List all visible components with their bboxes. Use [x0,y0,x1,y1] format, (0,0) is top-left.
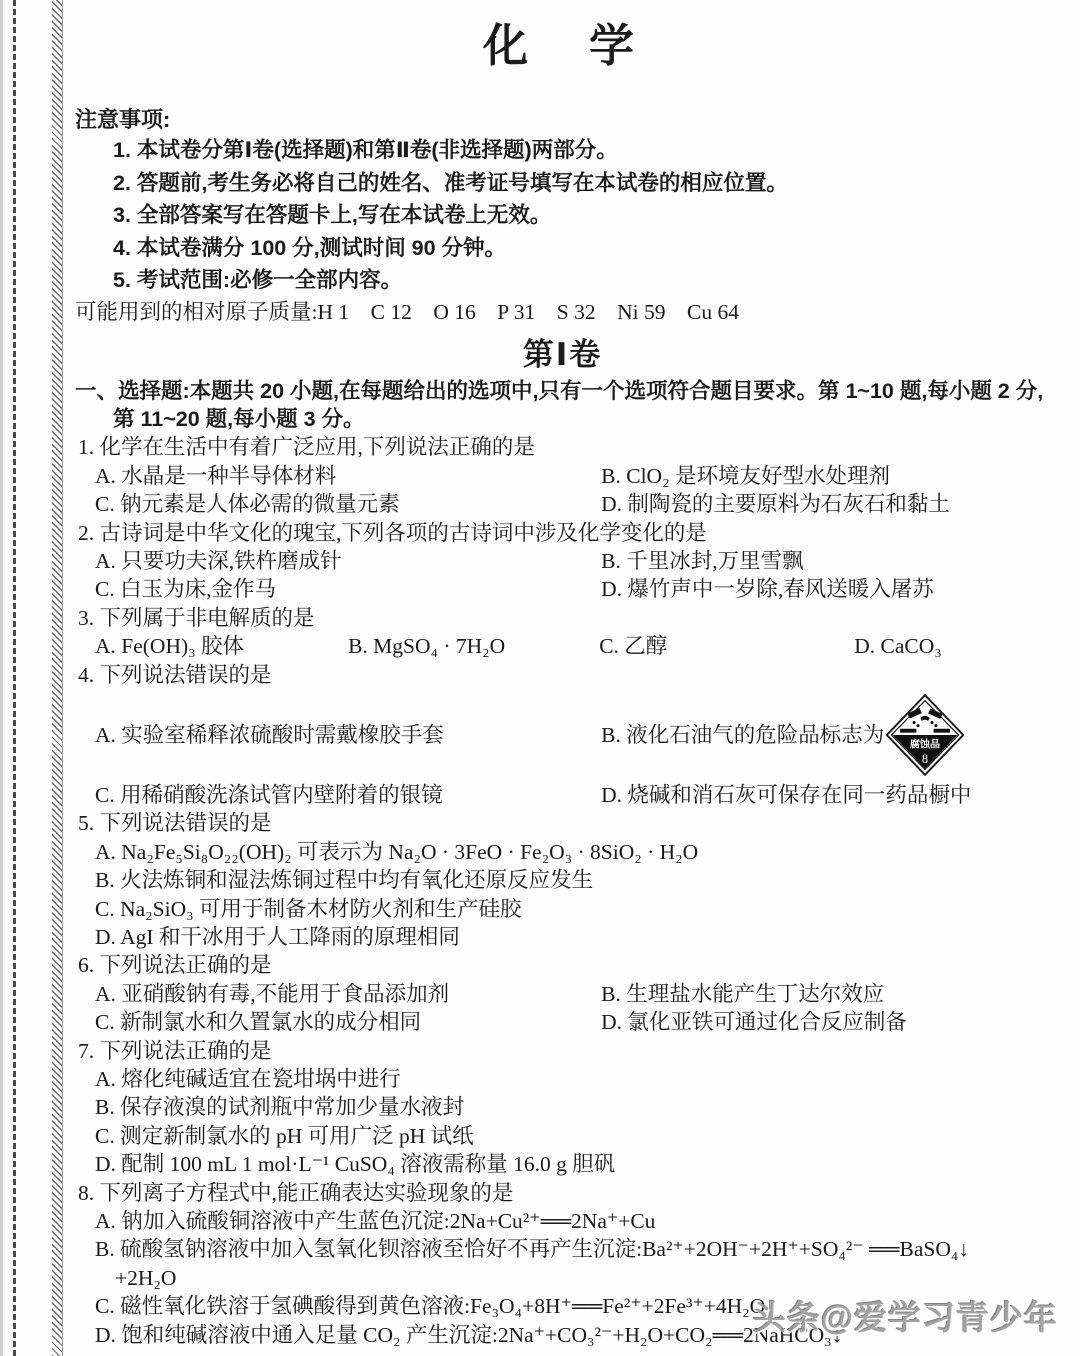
question-1-option-c: C. 钠元素是人体必需的微量元素 [95,490,601,518]
watermark: 头条@爱学习青少年 [753,1292,1058,1339]
exam-paper-page: 化 学 注意事项: 1. 本试卷分第Ⅰ卷(选择题)和第Ⅱ卷(非选择题)两部分。 … [0,0,1080,1356]
question-4-option-d: D. 烧碱和消石灰可保存在同一药品橱中 [601,781,1050,809]
question-7-option-c: C. 测定新制氯水的 pH 可用广泛 pH 试纸 [75,1122,1050,1150]
question-5-option-c: C. Na₂SiO₃ 可用于制备木材防火剂和生产硅胶 [75,895,1050,923]
question-8-stem: 8. 下列离子方程式中,能正确表达实验现象的是 [75,1179,1050,1207]
question-2-options-row-2: C. 白玉为床,金作马 D. 爆竹声中一岁除,春风送暖入屠苏 [75,575,1050,603]
question-6-options-row-1: A. 亚硝酸钠有毒,不能用于食品添加剂 B. 生理盐水能产生丁达尔效应 [75,980,1050,1008]
question-6-option-b: B. 生理盐水能产生丁达尔效应 [601,980,1050,1008]
question-2-option-b: B. 千里冰封,万里雪飘 [601,547,1050,575]
paper-content: 化 学 注意事项: 1. 本试卷分第Ⅰ卷(选择题)和第Ⅱ卷(非选择题)两部分。 … [75,0,1050,1349]
question-8-option-a: A. 钠加入硫酸铜溶液中产生蓝色沉淀:2Na+Cu²⁺══2Na⁺+Cu [75,1207,1050,1235]
atomic-mass-line: 可能用到的相对原子质量:H 1 C 12 O 16 P 31 S 32 Ni 5… [75,297,1050,327]
question-4-options-row-1: A. 实验室稀释浓硫酸时需戴橡胶手套 B. 液化石油气的危险品标志为 [75,689,1050,781]
notice-heading: 注意事项: [75,106,1050,134]
question-6-option-a: A. 亚硝酸钠有毒,不能用于食品添加剂 [95,980,601,1008]
question-3-option-b: B. MgSO₄ · 7H₂O [348,632,599,660]
perforation-dashed-line [13,0,16,1356]
question-7-option-a: A. 熔化纯碱适宜在瓷坩埚中进行 [75,1065,1050,1093]
question-5-option-a: A. Na₂Fe₅Si₈O₂₂(OH)₂ 可表示为 Na₂O · 3FeO · … [75,838,1050,866]
question-6-option-d: D. 氯化亚铁可通过化合反应制备 [601,1008,1050,1036]
question-7-option-b: B. 保存液溴的试剂瓶中常加少量水液封 [75,1093,1050,1121]
notice-item: 3. 全部答案写在答题卡上,写在本试卷上无效。 [75,199,1050,232]
question-1-options-row-1: A. 水晶是一种半导体材料 B. ClO₂ 是环境友好型水处理剂 [75,462,1050,490]
section-heading: 第Ⅰ卷 [75,333,1050,377]
question-1-option-d: D. 制陶瓷的主要原料为石灰石和黏土 [601,490,1050,518]
question-2-option-d: D. 爆竹声中一岁除,春风送暖入屠苏 [601,575,1050,603]
question-5-option-d: D. AgI 和干冰用于人工降雨的原理相同 [75,923,1050,951]
question-1-option-a: A. 水晶是一种半导体材料 [95,462,601,490]
question-5-option-b: B. 火法炼铜和湿法炼铜过程中均有氧化还原反应发生 [75,866,1050,894]
binding-hatch-strip [52,0,63,1356]
question-4-option-a: A. 实验室稀释浓硫酸时需戴橡胶手套 [95,721,601,749]
question-2-option-c: C. 白玉为床,金作马 [95,575,601,603]
notice-item: 4. 本试卷满分 100 分,测试时间 90 分钟。 [75,232,1050,265]
question-4-options-row-2: C. 用稀硝酸洗涤试管内壁附着的银镜 D. 烧碱和消石灰可保存在同一药品橱中 [75,781,1050,809]
hazard-icon-label: 腐蚀品 [910,737,940,750]
question-4-option-b: B. 液化石油气的危险品标志为 [601,694,1050,776]
question-3-option-d: D. CaCO₃ [854,632,1050,660]
question-1-option-b: B. ClO₂ 是环境友好型水处理剂 [601,462,1050,490]
question-4-option-c: C. 用稀硝酸洗涤试管内壁附着的银镜 [95,781,601,809]
question-1-stem: 1. 化学在生活中有着广泛应用,下列说法正确的是 [75,433,1050,461]
page-title: 化 学 [75,16,1050,76]
question-3-stem: 3. 下列属于非电解质的是 [75,604,1050,632]
scan-edge-line [0,0,3,1356]
corrosive-hazard-icon: 腐蚀品 8 [886,694,964,776]
question-8-option-b-line-1: B. 硫酸氢钠溶液中加入氢氧化钡溶液至恰好不再产生沉淀:Ba²⁺+2OH⁻+2H… [75,1235,1050,1263]
question-7-option-d: D. 配制 100 mL 1 mol·L⁻¹ CuSO₄ 溶液需称量 16.0 … [75,1150,1050,1178]
question-2-stem: 2. 古诗词是中华文化的瑰宝,下列各项的古诗词中涉及化学变化的是 [75,519,1050,547]
question-3-option-c: C. 乙醇 [599,632,854,660]
notice-item: 2. 答题前,考生务必将自己的姓名、准考证号填写在本试卷的相应位置。 [75,167,1050,200]
hazard-icon-number: 8 [922,752,928,766]
question-6-options-row-2: C. 新制氯水和久置氯水的成分相同 D. 氯化亚铁可通过化合反应制备 [75,1008,1050,1036]
instruction-line-2: 第 11~20 题,每小题 3 分。 [75,405,1050,433]
notice-item: 1. 本试卷分第Ⅰ卷(选择题)和第Ⅱ卷(非选择题)两部分。 [75,134,1050,167]
question-6-stem: 6. 下列说法正确的是 [75,951,1050,979]
question-6-option-c: C. 新制氯水和久置氯水的成分相同 [95,1008,601,1036]
question-4-stem: 4. 下列说法错误的是 [75,661,1050,689]
question-3-options-row: A. Fe(OH)₃ 胶体 B. MgSO₄ · 7H₂O C. 乙醇 D. C… [75,632,1050,660]
question-8-option-b-line-2: +2H₂O [75,1264,1050,1292]
question-5-stem: 5. 下列说法错误的是 [75,809,1050,837]
question-3-option-a: A. Fe(OH)₃ 胶体 [95,632,348,660]
question-2-option-a: A. 只要功夫深,铁杵磨成针 [95,547,601,575]
question-1-options-row-2: C. 钠元素是人体必需的微量元素 D. 制陶瓷的主要原料为石灰石和黏土 [75,490,1050,518]
question-2-options-row-1: A. 只要功夫深,铁杵磨成针 B. 千里冰封,万里雪飘 [75,547,1050,575]
instruction-line-1: 一、选择题:本题共 20 小题,在每题给出的选项中,只有一个选项符合题目要求。第… [75,377,1050,405]
notice-item: 5. 考试范围:必修一全部内容。 [75,264,1050,297]
question-7-stem: 7. 下列说法正确的是 [75,1037,1050,1065]
question-4-option-b-text: B. 液化石油气的危险品标志为 [601,721,884,749]
